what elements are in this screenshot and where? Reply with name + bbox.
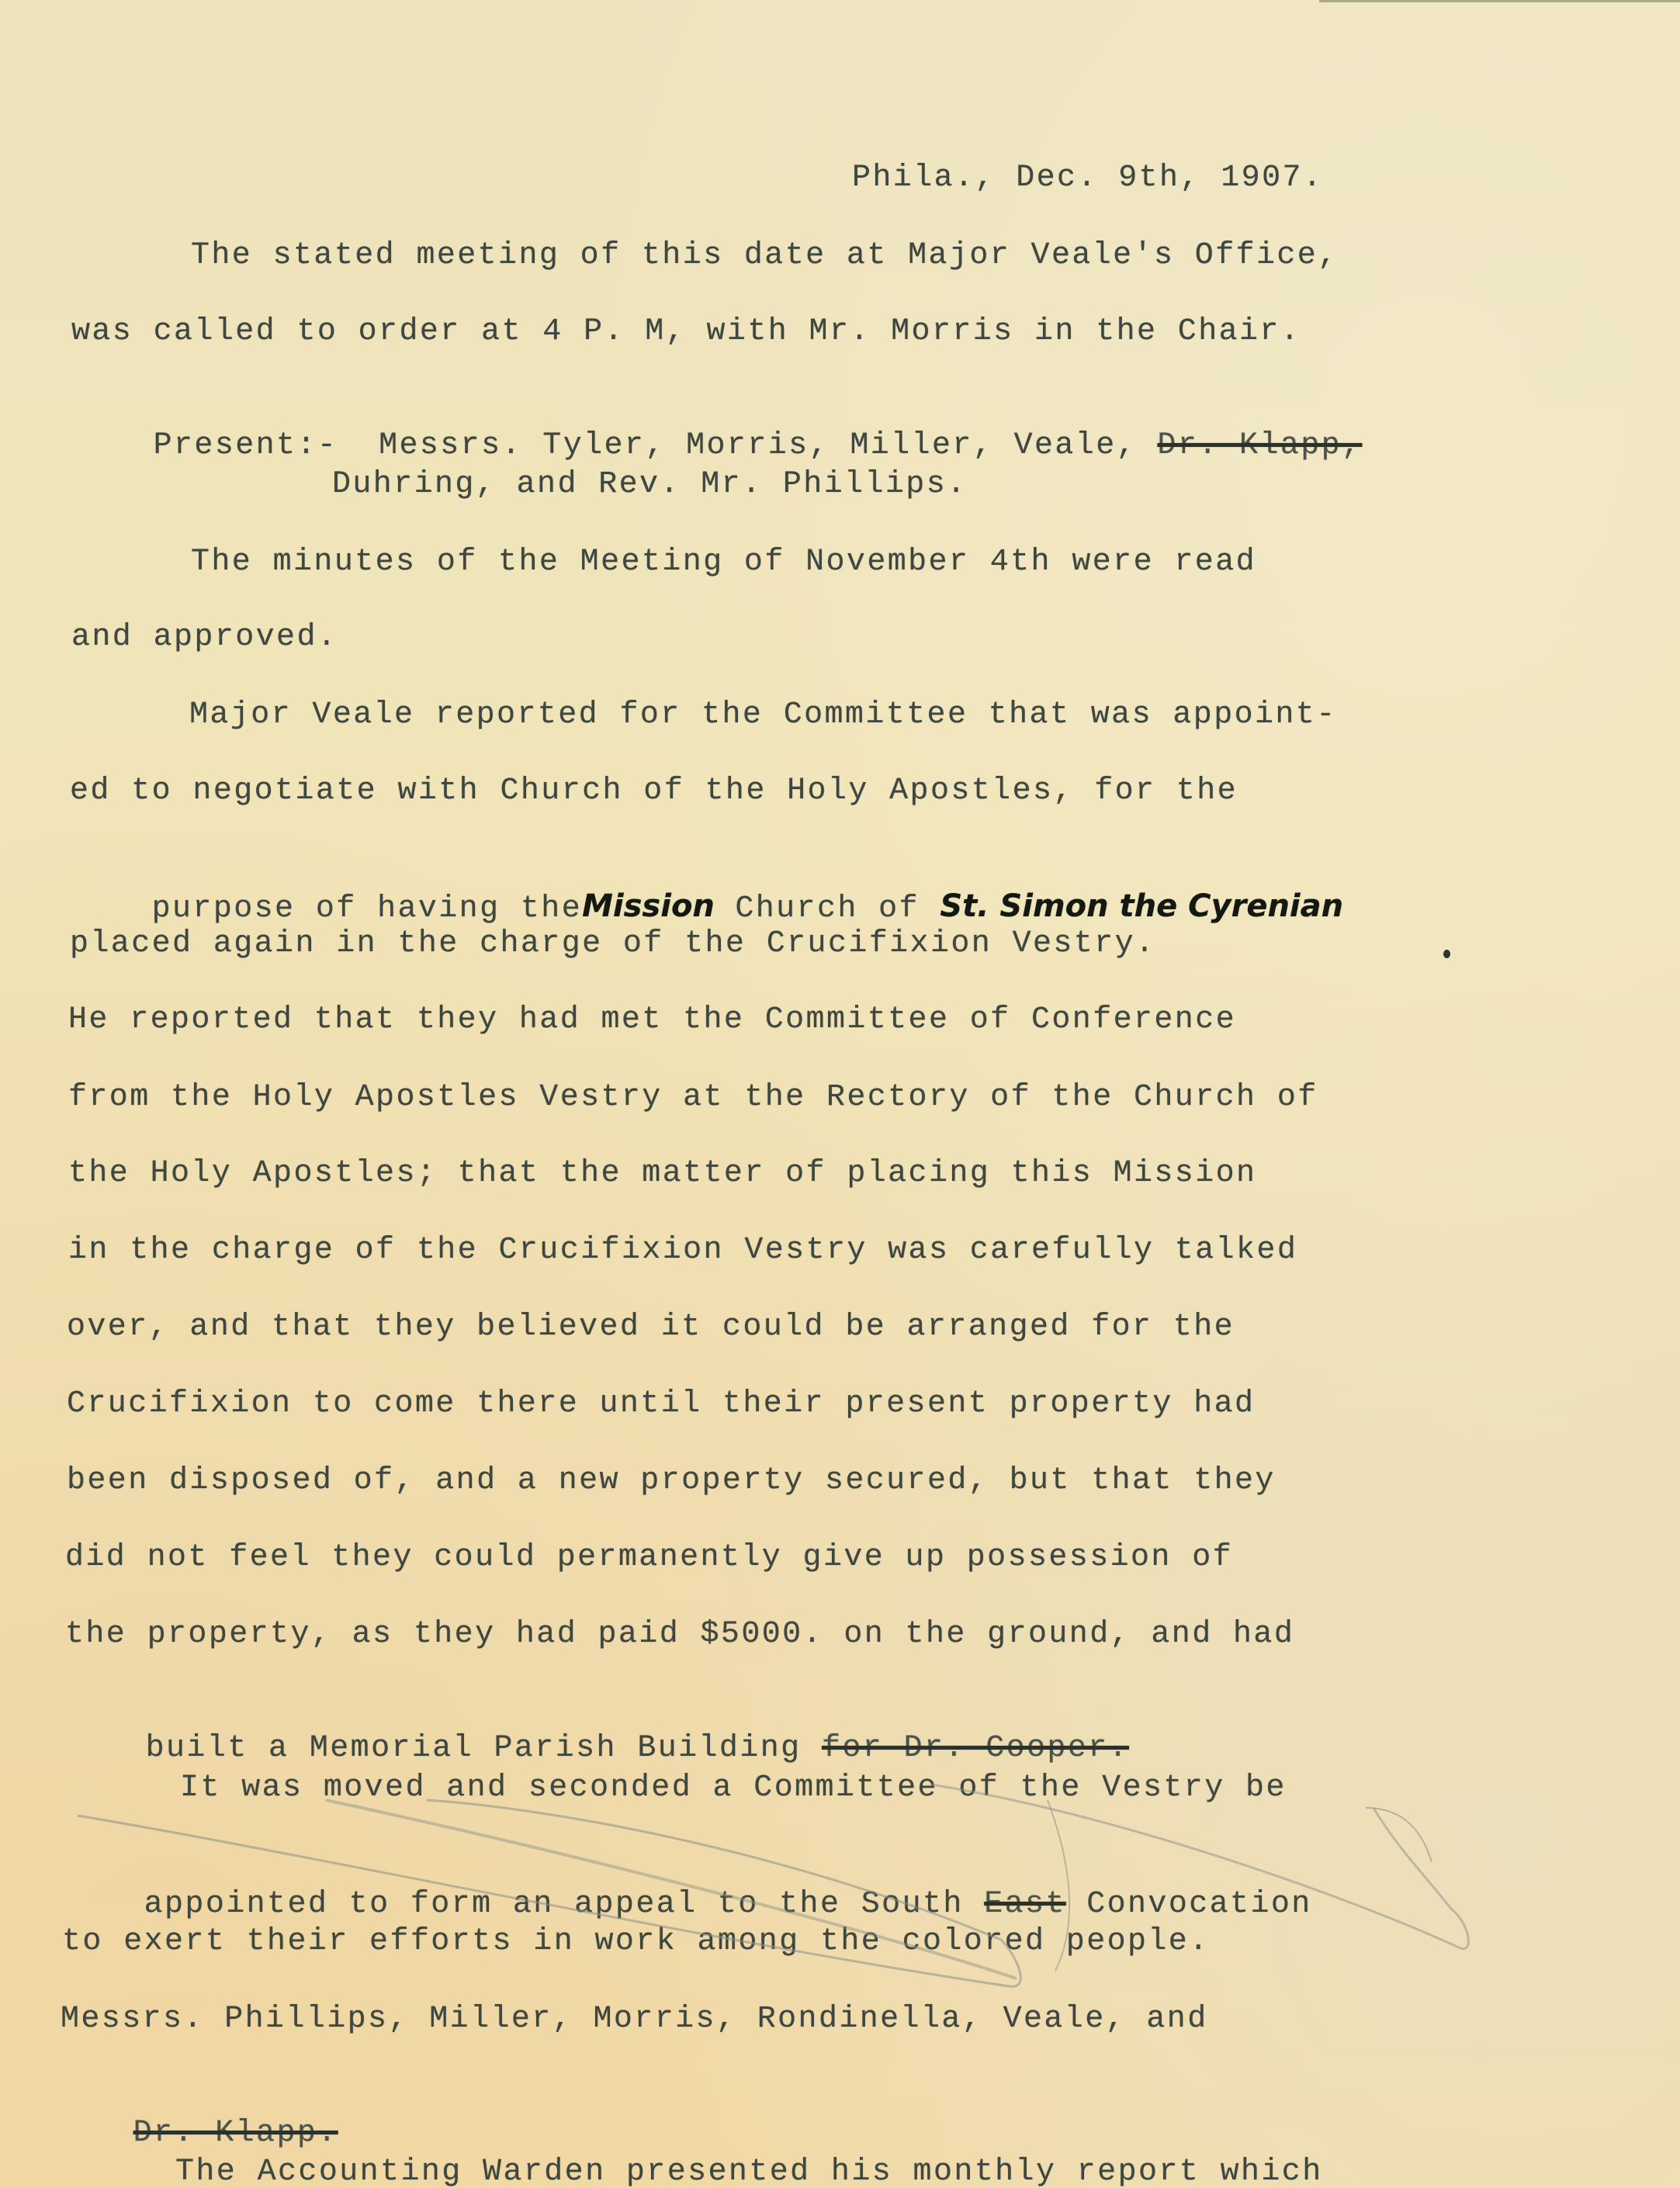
paragraph-line: ed to negotiate with Church of the Holy … (70, 772, 1238, 811)
paragraph-line: in the charge of the Crucifixion Vestry … (68, 1231, 1297, 1270)
struck-text: East (984, 1887, 1066, 1922)
struck-text: Dr. Klapp, (1157, 428, 1362, 463)
paragraph-line: The Accounting Warden presented his mont… (175, 2153, 1323, 2188)
paragraph-line: to exert their efforts in work among the… (62, 1923, 1210, 1961)
struck-text: for Dr. Cooper. (822, 1731, 1129, 1766)
paragraph-line: It was moved and seconded a Committee of… (180, 1769, 1287, 1808)
typed-text: Church of (715, 891, 940, 926)
paragraph-line: the property, as they had paid $5000. on… (65, 1615, 1294, 1654)
typed-text: Convocation (1066, 1887, 1312, 1922)
document-page: Phila., Dec. 9th, 1907. The stated meeti… (0, 0, 1680, 2188)
committee-members-line: Messrs. Phillips, Miller, Morris, Rondin… (61, 2000, 1208, 2039)
paragraph-line: been disposed of, and a new property sec… (67, 1462, 1276, 1501)
typed-text: appointed to form an appeal to the South (144, 1887, 985, 1922)
paragraph-line: The minutes of the Meeting of November 4… (191, 543, 1256, 582)
paragraph-line: did not feel they could permanently give… (65, 1539, 1233, 1577)
paragraph-line: Major Veale reported for the Committee t… (189, 696, 1337, 735)
typed-text: purpose of having the (152, 891, 582, 926)
paragraph-line: He reported that they had met the Commit… (68, 1001, 1236, 1040)
paragraph-line: The stated meeting of this date at Major… (191, 237, 1339, 275)
page-edge (1319, 0, 1680, 2)
paragraph-line: placed again in the charge of the Crucif… (70, 925, 1155, 964)
handwritten-insertion: St. Simon the Cyrenian (940, 888, 1343, 924)
typed-text: built a Memorial Parish Building (146, 1731, 822, 1766)
paragraph-line: Crucifixion to come there until their pr… (67, 1385, 1255, 1424)
dateline: Phila., Dec. 9th, 1907. (852, 159, 1323, 198)
paragraph-line: and approved. (71, 618, 338, 657)
paragraph-line: the Holy Apostles; that the matter of pl… (68, 1155, 1256, 1193)
paragraph-line: from the Holy Apostles Vestry at the Rec… (68, 1078, 1318, 1117)
struck-text: Dr. Klapp. (133, 2116, 338, 2151)
paragraph-line: was called to order at 4 P. M, with Mr. … (71, 313, 1301, 351)
attendance-line: Duhring, and Rev. Mr. Phillips. (332, 466, 968, 504)
attendance-text: Present:- Messrs. Tyler, Morris, Miller,… (154, 428, 1158, 463)
paragraph-line: over, and that they believed it could be… (67, 1308, 1235, 1347)
handwritten-insertion: Mission (582, 888, 715, 924)
ink-dot (1443, 950, 1450, 958)
